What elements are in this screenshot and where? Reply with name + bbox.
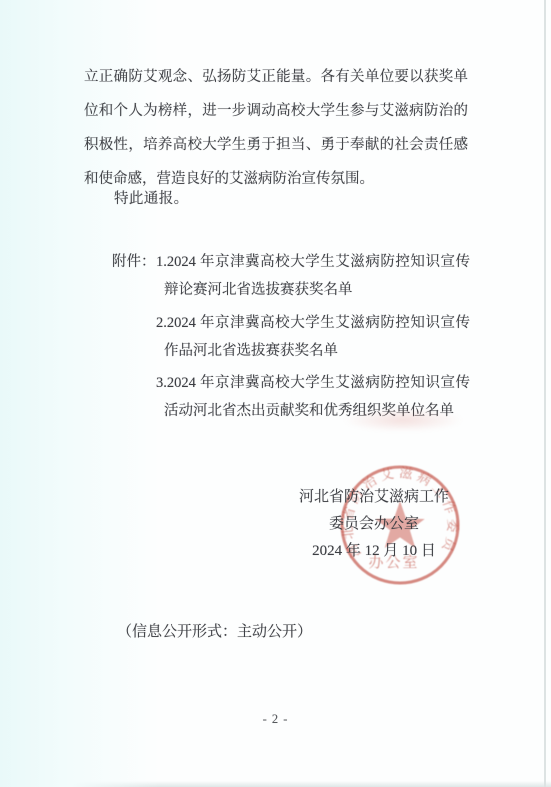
seal-ink-smudge <box>342 408 464 432</box>
scan-edge-line <box>544 0 546 787</box>
closing-statement: 特此通报。 <box>114 188 189 210</box>
attachment-item-2-line-1: 2.2024 年京津冀高校大学生艾滋病防控知识宣传 <box>156 312 470 334</box>
attachments-label: 附件： <box>112 251 156 273</box>
scanned-document-page: 立正确防艾观念、弘扬防艾正能量。各有关单位要以获奖单 位和个人为榜样，进一步调动… <box>0 0 551 787</box>
attachment-item-1-line-2: 辩论赛河北省选拔赛获奖名单 <box>164 279 353 301</box>
signature-date: 2024 年 12 月 10 日 <box>252 540 496 562</box>
body-paragraph-line-2: 位和个人为榜样，进一步调动高校大学生参与艾滋病防治的 <box>84 94 468 128</box>
body-paragraph-line-1: 立正确防艾观念、弘扬防艾正能量。各有关单位要以获奖单 <box>84 60 468 94</box>
page-number: - 2 - <box>0 712 551 727</box>
attachment-item-1-line-1: 1.2024 年京津冀高校大学生艾滋病防控知识宣传 <box>156 251 470 273</box>
body-paragraph-line-3: 积极性，培养高校大学生勇于担当、勇于奉献的社会责任感 <box>84 128 468 162</box>
disclosure-note: （信息公开形式：主动公开） <box>117 621 312 643</box>
signature-org-line-1: 河北省防治艾滋病工作 <box>252 486 496 508</box>
signature-org-line-2: 委员会办公室 <box>252 513 496 535</box>
attachment-item-3-line-1: 3.2024 年京津冀高校大学生艾滋病防控知识宣传 <box>156 372 470 394</box>
attachment-item-2-line-2: 作品河北省选拔赛获奖名单 <box>164 340 338 362</box>
